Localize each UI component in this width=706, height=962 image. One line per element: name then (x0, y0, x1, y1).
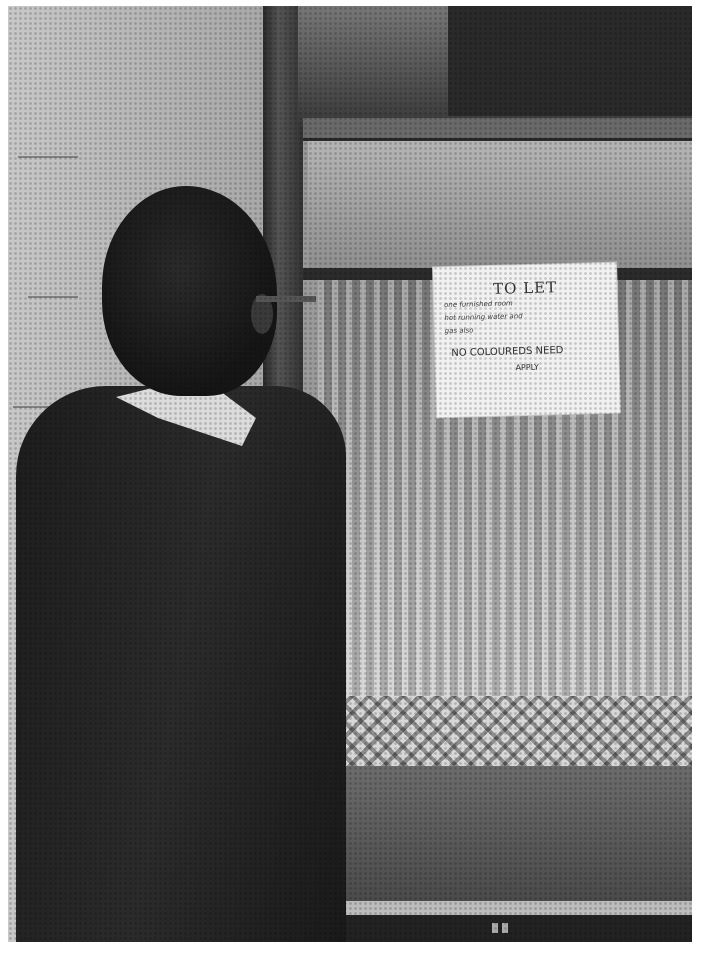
photograph: TO LET one furnished room hot running wa… (8, 6, 692, 942)
base-mark (492, 923, 498, 933)
lace-curtain-border (318, 696, 692, 766)
to-let-sign: TO LET one furnished room hot running wa… (433, 263, 620, 418)
sign-warning: NO COLOUREDS NEED (435, 344, 618, 360)
wall-crack (18, 156, 78, 158)
sill-edge (328, 901, 692, 915)
head (102, 186, 277, 396)
window-sill (328, 766, 692, 906)
man-figure (16, 186, 346, 942)
coat (16, 386, 346, 942)
window-sash (303, 118, 692, 141)
upper-window-pane (308, 141, 692, 271)
window-dark-pane (448, 6, 692, 116)
glasses (256, 296, 316, 302)
sign-apply: APPLY (436, 361, 619, 375)
base-mark (502, 923, 508, 933)
window-base (328, 915, 692, 942)
